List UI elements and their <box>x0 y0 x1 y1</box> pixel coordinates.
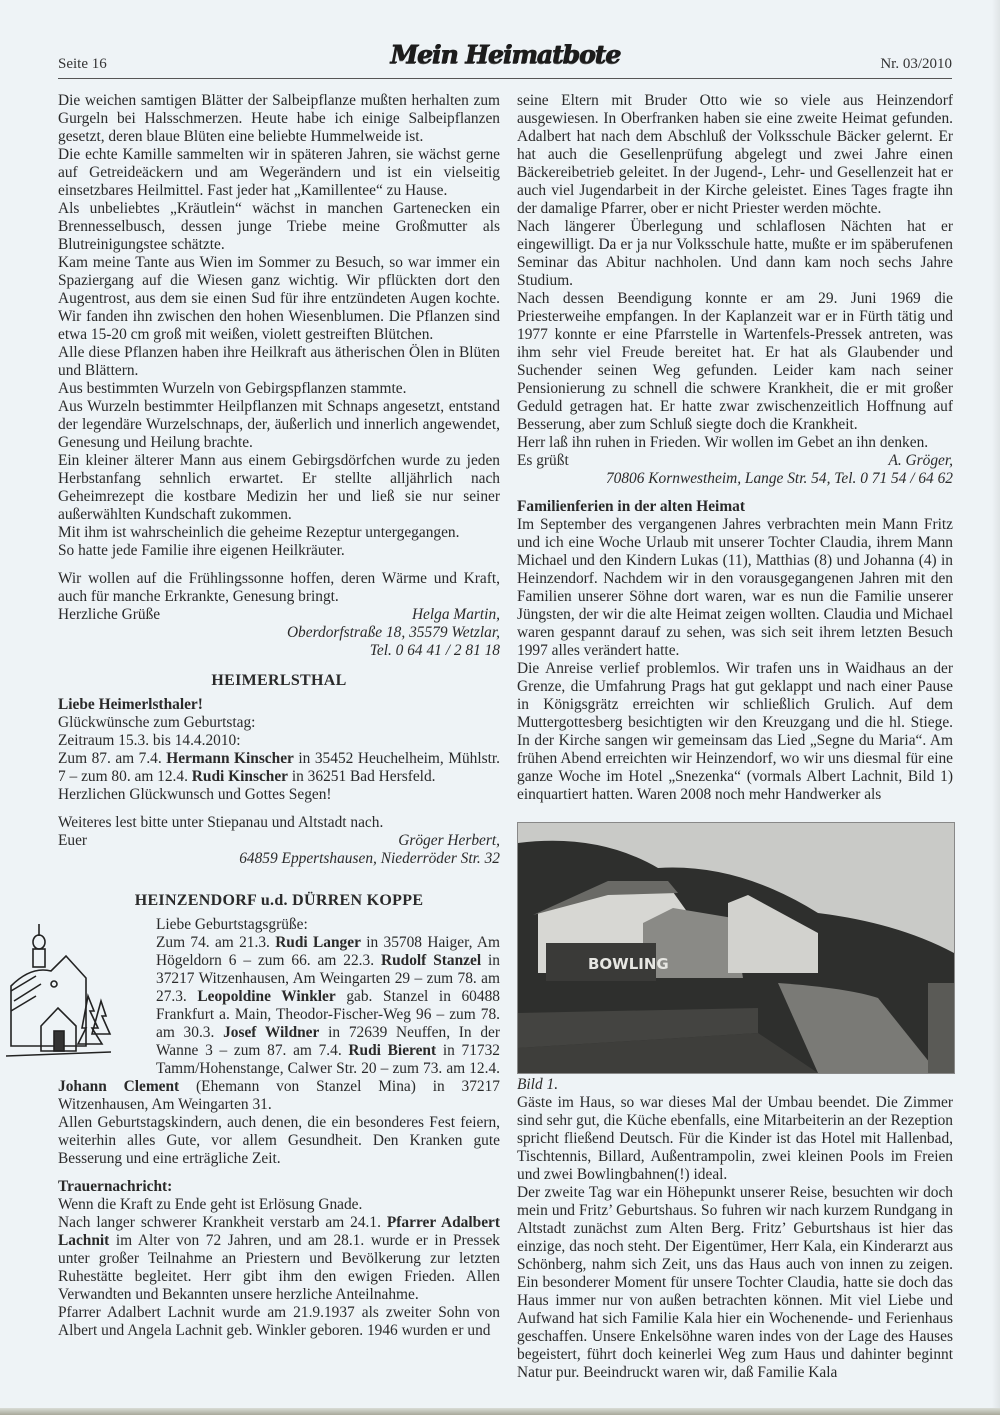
church-illustration-icon <box>6 916 116 1066</box>
page-header: Seite 16 Mein Heimatbote Nr. 03/2010 <box>58 40 952 79</box>
paragraph: Im September des vergangenen Jahres verb… <box>517 516 953 660</box>
right-column: seine Eltern mit Bruder Otto wie so viel… <box>517 92 953 1382</box>
signature-row: Herzliche Grüße Helga Martin, <box>58 606 500 624</box>
person-name: Johann Clement <box>58 1078 179 1095</box>
paragraph: Ein kleiner älterer Mann aus einem Gebir… <box>58 452 500 524</box>
signature-name: Helga Martin, <box>412 606 500 624</box>
person-name: Rudi Langer <box>275 934 361 951</box>
paragraph: Weiteres lest bitte unter Stiepanau und … <box>58 814 500 832</box>
signature-phone: Tel. 0 64 41 / 2 81 18 <box>58 642 500 660</box>
greeting: Herzliche Grüße <box>58 606 160 624</box>
paragraph: Herr laß ihn ruhen in Frieden. Wir wolle… <box>517 434 953 452</box>
person-name: Rudi Kinscher <box>192 768 288 785</box>
obituary: Nach langer schwerer Krankheit verstarb … <box>58 1214 500 1304</box>
hotel-photo: BOWLING <box>517 822 955 1074</box>
signature-row: Euer Gröger Herbert, <box>58 832 500 850</box>
page-edge <box>0 1408 1000 1415</box>
person-name: Rudi Bierent <box>348 1042 436 1059</box>
greeting: Es grüßt <box>517 452 569 470</box>
paragraph: Kam meine Tante aus Wien im Sommer zu Be… <box>58 254 500 344</box>
person-name: Josef Wildner <box>223 1024 319 1041</box>
paragraph: Aus bestimmten Wurzeln von Gebirgspflanz… <box>58 380 500 398</box>
salutation: Liebe Heimerlsthaler! <box>58 696 500 714</box>
paragraph: Gäste im Haus, so war dieses Mal der Umb… <box>517 1094 953 1184</box>
paragraph: Die echte Kamille sammelten wir in späte… <box>58 146 500 200</box>
hotel-photo-image: BOWLING <box>518 823 954 1073</box>
article-title: Familienferien in der alten Heimat <box>517 498 953 516</box>
paragraph: seine Eltern mit Bruder Otto wie so viel… <box>517 92 953 218</box>
photo-caption: Bild 1. <box>517 1076 953 1094</box>
closing-paragraph: Wir wollen auf die Frühlingssonne hoffen… <box>58 570 500 606</box>
paragraph: Nach längerer Überlegung und schlaflosen… <box>517 218 953 290</box>
svg-text:BOWLING: BOWLING <box>588 955 669 973</box>
heinzendorf-birthdays: Liebe Geburtstagsgrüße: Zum 74. am 21.3.… <box>58 916 500 1114</box>
paragraph: Herzlichen Glückwunsch und Gottes Segen! <box>58 786 500 804</box>
person-name: Hermann Kinscher <box>166 750 294 767</box>
signature-row: Es grüßt A. Gröger, <box>517 452 953 470</box>
page-number: Seite 16 <box>58 56 107 73</box>
paragraph: Zeitraum 15.3. bis 14.4.2010: <box>58 732 500 750</box>
birthday-list: Zum 74. am 21.3. Rudi Langer in 35708 Ha… <box>58 934 500 1114</box>
paragraph: Die weichen samtigen Blätter der Salbeip… <box>58 92 500 146</box>
paragraph: Nach dessen Beendigung konnte er am 29. … <box>517 290 953 434</box>
paragraph: Alle diese Pflanzen haben ihre Heilkraft… <box>58 344 500 380</box>
signature-address: Oberdorfstraße 18, 35579 Wetzlar, <box>58 624 500 642</box>
masthead-logo: Mein Heimatbote <box>390 40 620 69</box>
paragraph: Die Anreise verlief problemlos. Wir traf… <box>517 660 953 804</box>
signature-name: Gröger Herbert, <box>398 832 500 850</box>
paragraph: Allen Geburtstagskindern, auch denen, di… <box>58 1114 500 1168</box>
paragraph: So hatte jede Familie ihre eigenen Heilk… <box>58 542 500 560</box>
section-title-heimerlsthal: HEIMERLSTHAL <box>58 672 500 690</box>
paragraph: Pfarrer Adalbert Lachnit wurde am 21.9.1… <box>58 1304 500 1340</box>
greeting: Euer <box>58 832 87 850</box>
paragraph: Aus Wurzeln bestimmter Heilpflanzen mit … <box>58 398 500 452</box>
left-column: Die weichen samtigen Blätter der Salbeip… <box>58 92 500 1340</box>
mourning-quote: Wenn die Kraft zu Ende geht ist Erlösung… <box>58 1196 500 1214</box>
paragraph: Mit ihm ist wahrscheinlich die geheime R… <box>58 524 500 542</box>
section-title-heinzendorf: HEINZENDORF u.d. DÜRREN KOPPE <box>58 892 500 910</box>
page-edge <box>992 0 1000 1415</box>
mourning-title: Trauernachricht: <box>58 1178 500 1196</box>
issue-number: Nr. 03/2010 <box>880 56 952 73</box>
paragraph: Glückwünsche zum Geburtstag: <box>58 714 500 732</box>
signature-address: 64859 Eppertshausen, Niederröder Str. 32 <box>58 850 500 868</box>
paragraph: Liebe Geburtstagsgrüße: <box>58 916 500 934</box>
birthday-list: Zum 87. am 7.4. Hermann Kinscher in 3545… <box>58 750 500 786</box>
paragraph: Als unbeliebtes „Kräutlein“ wächst in ma… <box>58 200 500 254</box>
signature-address: 70806 Kornwestheim, Lange Str. 54, Tel. … <box>517 470 953 488</box>
person-name: Rudolf Stanzel <box>381 952 481 969</box>
paragraph: Der zweite Tag war ein Höhepunkt unserer… <box>517 1184 953 1382</box>
person-name: Leopoldine Winkler <box>197 988 335 1005</box>
signature-name: A. Gröger, <box>888 452 953 470</box>
